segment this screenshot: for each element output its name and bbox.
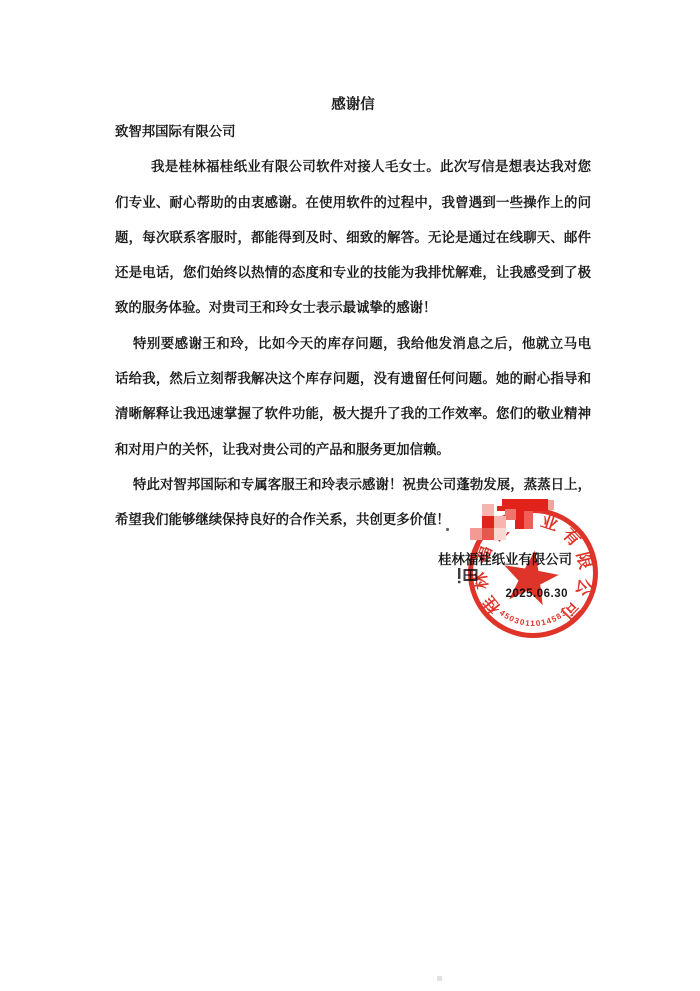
letter-title: 感谢信 [115, 97, 591, 114]
paragraph-line: 们专业、耐心帮助的由衷感谢。在使用软件的过程中，我曾遇到一些操作上的问 [115, 185, 591, 220]
scan-artifact [437, 976, 442, 981]
paragraph-line: 和对用户的关怀，让我对贵公司的产品和服务更加信赖。 [115, 432, 591, 467]
paragraphs: 我是桂林福桂纸业有限公司软件对接人毛女士。此次写信是想表达我对您们专业、耐心帮助… [115, 149, 591, 537]
stray-ink-dot [446, 528, 449, 531]
paragraph-line: 清晰解释让我迅速掌握了软件功能，极大提升了我的工作效率。您们的敬业精神 [115, 396, 591, 431]
seal-star-icon [499, 546, 562, 607]
paragraph-line: 题，每次联系客服时，都能得到及时、细致的解答。无论是通过在线聊天、邮件 [115, 220, 591, 255]
letter-page: 感谢信 致智邦国际有限公司 我是桂林福桂纸业有限公司软件对接人毛女士。此次写信是… [0, 0, 700, 991]
censor-mosaic [468, 496, 554, 542]
seal-serial-number: 4503011014583 [498, 608, 569, 628]
paragraph-line: 致的服务体验。对贵司王和玲女士表示最诚挚的感谢！ [115, 290, 591, 325]
salutation: 致智邦国际有限公司 [115, 114, 591, 149]
paragraph-line: 我是桂林福桂纸业有限公司软件对接人毛女士。此次写信是想表达我对您 [115, 149, 591, 184]
paragraph-line: 特别要感谢王和玲，比如今天的库存问题，我给他发消息之后，他就立马电 [115, 326, 591, 361]
paragraph-line: 还是电话，您们始终以热情的态度和专业的技能为我排忧解难，让我感受到了极 [115, 255, 591, 290]
paragraph-line: 话给我，然后立刻帮我解决这个库存问题，没有遗留任何问题。她的耐心指导和 [115, 361, 591, 396]
